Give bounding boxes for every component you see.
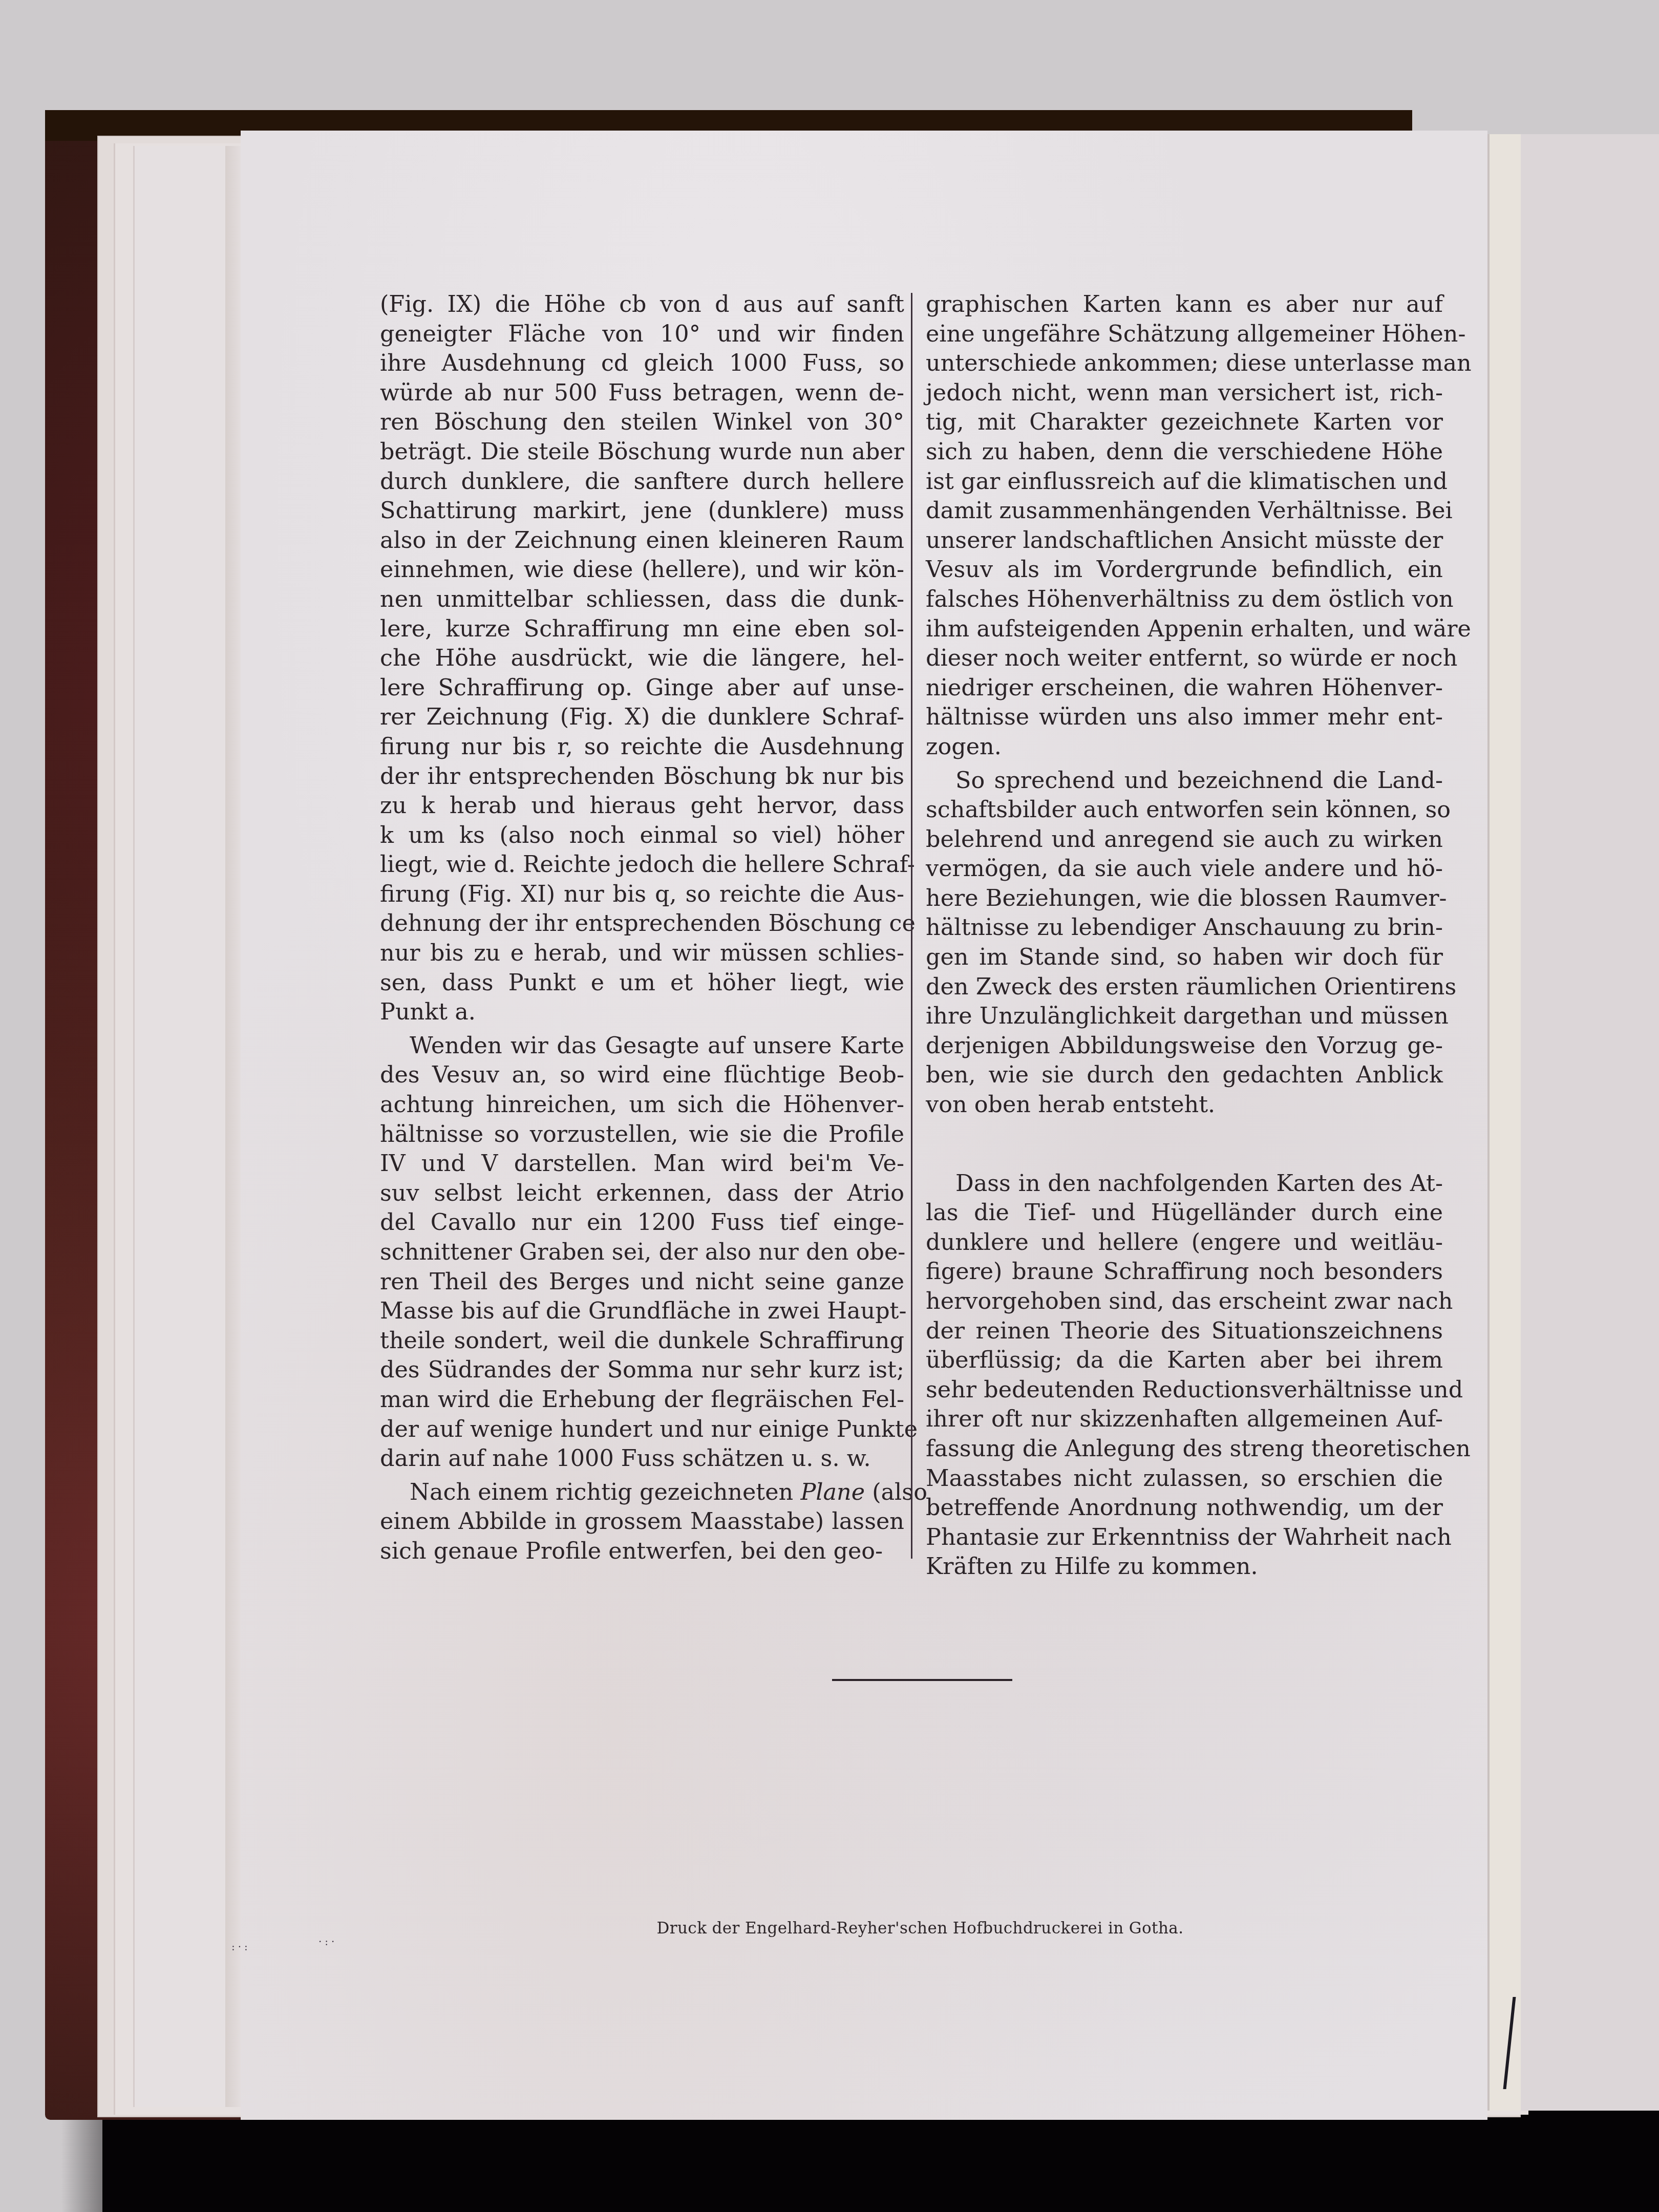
text-line: der ihr entsprechenden Böschung bk nur b…	[380, 762, 904, 792]
text-line: falsches Höhenverhältniss zu dem östlich…	[926, 585, 1443, 614]
text-line: Nach einem richtig gezeichneten Plane (a…	[380, 1478, 904, 1507]
paragraph-gap	[380, 1474, 904, 1478]
text-line: Maasstabes nicht zulassen, so erschien d…	[926, 1464, 1443, 1494]
text-column-right: graphischen Karten kann es aber nur aufe…	[926, 290, 1443, 1582]
text-line: Punkt a.	[380, 997, 904, 1027]
text-line: beträgt. Die steile Böschung wurde nun a…	[380, 437, 904, 467]
text-line: figere) braune Schraffirung noch besonde…	[926, 1257, 1443, 1287]
paragraph: Dass in den nachfolgenden Karten des At-…	[926, 1169, 1443, 1582]
text-line: Kräften zu Hilfe zu kommen.	[926, 1552, 1443, 1582]
text-line: che Höhe ausdrückt, wie die längere, hel…	[380, 644, 904, 673]
text-line: ren Böschung den steilen Winkel von 30°	[380, 408, 904, 437]
text-line: jedoch nicht, wenn man versichert ist, r…	[926, 378, 1443, 408]
text-line: schaftsbilder auch entworfen sein können…	[926, 795, 1443, 825]
text-line: theile sondert, weil die dunkele Schraff…	[380, 1326, 904, 1356]
text-line: durch dunklere, die sanftere durch helle…	[380, 467, 904, 497]
paragraph-gap	[380, 1027, 904, 1031]
text-line: würde ab nur 500 Fuss betragen, wenn de-	[380, 378, 904, 408]
text-line: ihre Unzulänglichkeit dargethan und müss…	[926, 1002, 1443, 1031]
text-line: der reinen Theorie des Situationszeichne…	[926, 1316, 1443, 1346]
text-line: sich zu haben, denn die verschiedene Höh…	[926, 437, 1443, 467]
text-line: derjenigen Abbildungsweise den Vorzug ge…	[926, 1031, 1443, 1061]
text-line: sich genaue Profile entwerfen, bei den g…	[380, 1537, 904, 1566]
text-line: darin auf nahe 1000 Fuss schätzen u. s. …	[380, 1444, 904, 1474]
text-line: ben, wie sie durch den gedachten Anblick	[926, 1060, 1443, 1090]
text-line: damit zusammenhängenden Verhältnisse. Be…	[926, 496, 1443, 526]
paragraph-gap	[926, 1120, 1443, 1169]
text-line: Masse bis auf die Grundfläche in zwei Ha…	[380, 1296, 904, 1326]
margin-mark: ·:·	[318, 1936, 337, 1948]
text-line: lere Schraffirung op. Ginge aber auf uns…	[380, 673, 904, 703]
text-line: tig, mit Charakter gezeichnete Karten vo…	[926, 408, 1443, 437]
page-fold-shadow	[225, 146, 241, 2107]
text-line: achtung hinreichen, um sich die Höhenver…	[380, 1090, 904, 1120]
text-column-left: (Fig. IX) die Höhe cb von d aus auf sanf…	[380, 290, 904, 1566]
text-line: vermögen, da sie auch viele andere und h…	[926, 854, 1443, 884]
text-line: des Vesuv an, so wird eine flüchtige Beo…	[380, 1060, 904, 1090]
text-line: dieser noch weiter entfernt, so würde er…	[926, 644, 1443, 673]
text-line: Phantasie zur Erkenntniss der Wahrheit n…	[926, 1523, 1443, 1552]
text-line: gen im Stande sind, so haben wir doch fü…	[926, 943, 1443, 972]
text-line: belehrend und anregend sie auch zu wirke…	[926, 825, 1443, 855]
facing-page	[1521, 134, 1659, 2111]
text-line: liegt, wie d. Reichte jedoch die hellere…	[380, 850, 904, 880]
text-line: firung nur bis r, so reichte die Ausdehn…	[380, 732, 904, 762]
text-line: also in der Zeichnung einen kleineren Ra…	[380, 526, 904, 556]
binding-gutter	[1487, 134, 1523, 2111]
text-line: lere, kurze Schraffirung mn eine eben so…	[380, 614, 904, 644]
text-line: unterschiede ankommen; diese unterlasse …	[926, 349, 1443, 378]
text-line: hältnisse zu lebendiger Anschauung zu br…	[926, 913, 1443, 943]
text-line: von oben herab entsteht.	[926, 1090, 1443, 1120]
text-line: geneigter Fläche von 10° und wir finden	[380, 320, 904, 349]
text-line: del Cavallo nur ein 1200 Fuss tief einge…	[380, 1208, 904, 1238]
paragraph: Wenden wir das Gesagte auf unsere Karted…	[380, 1031, 904, 1474]
text-line: niedriger erscheinen, die wahren Höhenve…	[926, 673, 1443, 703]
text-line: nur bis zu e herab, und wir müssen schli…	[380, 939, 904, 968]
text-line: fassung die Anlegung des streng theoreti…	[926, 1434, 1443, 1464]
text-line: den Zweck des ersten räumlichen Orientir…	[926, 972, 1443, 1002]
text-line: k um ks (also noch einmal so viel) höher	[380, 821, 904, 850]
text-line: ihrer oft nur skizzenhaften allgemeinen …	[926, 1405, 1443, 1434]
text-line: Wenden wir das Gesagte auf unsere Karte	[380, 1031, 904, 1061]
text-line: IV und V darstellen. Man wird bei'm Ve-	[380, 1149, 904, 1179]
text-line: der auf wenige hundert und nur einige Pu…	[380, 1415, 904, 1444]
text-line: graphischen Karten kann es aber nur auf	[926, 290, 1443, 320]
text-line: dehnung der ihr entsprechenden Böschung …	[380, 909, 904, 939]
text-line: man wird die Erhebung der flegräischen F…	[380, 1385, 904, 1415]
text-line: ihm aufsteigenden Appenin erhalten, und …	[926, 614, 1443, 644]
text-line: überflüssig; da die Karten aber bei ihre…	[926, 1346, 1443, 1375]
text-line: Dass in den nachfolgenden Karten des At-	[926, 1169, 1443, 1199]
paragraph-gap	[926, 762, 1443, 766]
margin-mark: :·:	[231, 1941, 251, 1953]
printer-imprint: Druck der Engelhard-Reyher'schen Hofbuch…	[626, 1919, 1215, 1938]
text-line: einem Abbilde in grossem Maasstabe) lass…	[380, 1507, 904, 1537]
text-line: rer Zeichnung (Fig. X) die dunklere Schr…	[380, 703, 904, 732]
text-line: suv selbst leicht erkennen, dass der Atr…	[380, 1179, 904, 1208]
paragraph: So sprechend und bezeichnend die Land-sc…	[926, 766, 1443, 1120]
text-line: ist gar einflussreich auf die klimatisch…	[926, 467, 1443, 497]
section-rule	[832, 1679, 1012, 1681]
text-line: einnehmen, wie diese (hellere), und wir …	[380, 555, 904, 585]
paragraph: Nach einem richtig gezeichneten Plane (a…	[380, 1478, 904, 1566]
column-divider	[911, 293, 912, 1559]
text-line: sen, dass Punkt e um et höher liegt, wie	[380, 968, 904, 998]
text-line: ihre Ausdehnung cd gleich 1000 Fuss, so	[380, 349, 904, 378]
text-line: (Fig. IX) die Höhe cb von d aus auf sanf…	[380, 290, 904, 320]
text-line: here Beziehungen, wie die blossen Raumve…	[926, 884, 1443, 913]
text-line: So sprechend und bezeichnend die Land-	[926, 766, 1443, 796]
text-line: Schattirung markirt, jene (dunklere) mus…	[380, 496, 904, 526]
text-line: hervorgehoben sind, das erscheint zwar n…	[926, 1287, 1443, 1316]
text-line: eine ungefähre Schätzung allgemeiner Höh…	[926, 320, 1443, 349]
text-line: las die Tief- und Hügelländer durch eine	[926, 1198, 1443, 1228]
text-line: firung (Fig. XI) nur bis q, so reichte d…	[380, 880, 904, 909]
text-line: ren Theil des Berges und nicht seine gan…	[380, 1267, 904, 1297]
text-line: zogen.	[926, 732, 1443, 762]
paragraph: graphischen Karten kann es aber nur aufe…	[926, 290, 1443, 762]
text-line: nen unmittelbar schliessen, dass die dun…	[380, 585, 904, 614]
text-line: hältnisse würden uns also immer mehr ent…	[926, 703, 1443, 732]
text-line: sehr bedeutenden Reductionsverhältnisse …	[926, 1375, 1443, 1405]
text-line: schnittener Graben sei, der also nur den…	[380, 1238, 904, 1267]
text-line: des Südrandes der Somma nur sehr kurz is…	[380, 1355, 904, 1385]
paragraph: (Fig. IX) die Höhe cb von d aus auf sanf…	[380, 290, 904, 1027]
text-line: betreffende Anordnung nothwendig, um der	[926, 1493, 1443, 1523]
text-line: hältnisse so vorzustellen, wie sie die P…	[380, 1120, 904, 1150]
text-line: dunklere und hellere (engere und weitläu…	[926, 1228, 1443, 1258]
text-line: Vesuv als im Vordergrunde befindlich, ei…	[926, 555, 1443, 585]
text-line: zu k herab und hieraus geht hervor, dass	[380, 791, 904, 821]
emphasis: Plane	[800, 1479, 865, 1505]
text-line: unserer landschaftlichen Ansicht müsste …	[926, 526, 1443, 556]
